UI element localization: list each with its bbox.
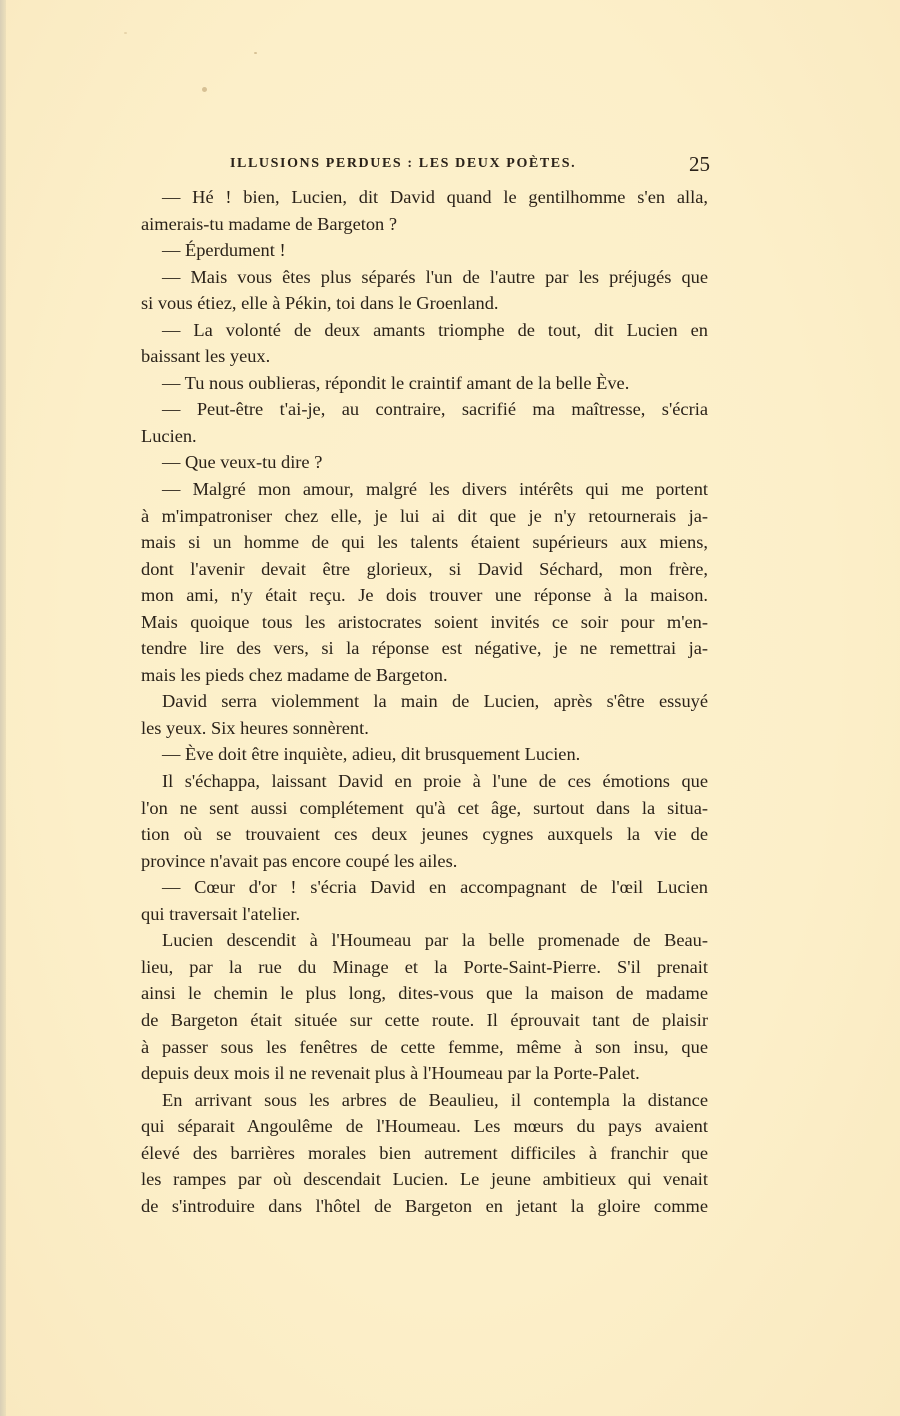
text-line: de Bargeton était située sur cette route… xyxy=(141,1007,708,1034)
text-line: David serra violemment la main de Lucien… xyxy=(141,688,708,715)
book-page: ILLUSIONS PERDUES : LES DEUX POÈTES. 25 … xyxy=(0,0,900,1416)
text-line: qui séparait Angoulême de l'Houmeau. Les… xyxy=(141,1113,708,1140)
text-line: — Tu nous oublieras, répondit le crainti… xyxy=(141,370,708,397)
text-line: Lucien descendit à l'Houmeau par la bell… xyxy=(141,927,708,954)
text-line: — Éperdument ! xyxy=(141,237,708,264)
text-line: — Hé ! bien, Lucien, dit David quand le … xyxy=(141,184,708,211)
text-line: mais les pieds chez madame de Bargeton. xyxy=(141,662,708,689)
paper-speck xyxy=(254,52,257,54)
text-line: élevé des barrières morales bien autreme… xyxy=(141,1140,708,1167)
text-line: — La volonté de deux amants triomphe de … xyxy=(141,317,708,344)
text-line: — Ève doit être inquiète, adieu, dit bru… xyxy=(141,741,708,768)
text-line: qui traversait l'atelier. xyxy=(141,901,708,928)
body-text: — Hé ! bien, Lucien, dit David quand le … xyxy=(141,184,708,1219)
running-title: ILLUSIONS PERDUES : LES DEUX POÈTES. xyxy=(230,156,576,172)
text-line: province n'avait pas encore coupé les ai… xyxy=(141,848,708,875)
text-line: mais si un homme de qui les talents étai… xyxy=(141,529,708,556)
text-line: tendre lire des vers, si la réponse est … xyxy=(141,635,708,662)
text-line: les rampes par où descendait Lucien. Le … xyxy=(141,1166,708,1193)
page-number: 25 xyxy=(689,152,710,177)
text-line: Lucien. xyxy=(141,423,708,450)
text-line: — Que veux-tu dire ? xyxy=(141,449,708,476)
text-line: En arrivant sous les arbres de Beaulieu,… xyxy=(141,1087,708,1114)
running-header: ILLUSIONS PERDUES : LES DEUX POÈTES. 25 xyxy=(230,156,710,180)
text-line: ainsi le chemin le plus long, dites-vous… xyxy=(141,980,708,1007)
text-line: — Mais vous êtes plus séparés l'un de l'… xyxy=(141,264,708,291)
text-line: — Peut-être t'ai-je, au contraire, sacri… xyxy=(141,396,708,423)
text-line: — Cœur d'or ! s'écria David en accompagn… xyxy=(141,874,708,901)
text-line: à m'impatroniser chez elle, je lui ai di… xyxy=(141,503,708,530)
text-line: si vous étiez, elle à Pékin, toi dans le… xyxy=(141,290,708,317)
text-line: lieu, par la rue du Minage et la Porte-S… xyxy=(141,954,708,981)
text-line: baissant les yeux. xyxy=(141,343,708,370)
text-line: tion où se trouvaient ces deux jeunes cy… xyxy=(141,821,708,848)
text-line: de s'introduire dans l'hôtel de Bargeton… xyxy=(141,1193,708,1220)
text-line: aimerais-tu madame de Bargeton ? xyxy=(141,211,708,238)
page-edge-shadow xyxy=(0,0,6,1416)
text-line: — Malgré mon amour, malgré les divers in… xyxy=(141,476,708,503)
paper-speck xyxy=(202,87,207,92)
text-line: les yeux. Six heures sonnèrent. xyxy=(141,715,708,742)
text-line: depuis deux mois il ne revenait plus à l… xyxy=(141,1060,708,1087)
text-line: Mais quoique tous les aristocrates soien… xyxy=(141,609,708,636)
paper-speck xyxy=(124,32,127,34)
text-line: mon ami, n'y était reçu. Je dois trouver… xyxy=(141,582,708,609)
text-line: dont l'avenir devait être glorieux, si D… xyxy=(141,556,708,583)
text-line: l'on ne sent aussi complétement qu'à cet… xyxy=(141,795,708,822)
text-line: Il s'échappa, laissant David en proie à … xyxy=(141,768,708,795)
text-line: à passer sous les fenêtres de cette femm… xyxy=(141,1034,708,1061)
